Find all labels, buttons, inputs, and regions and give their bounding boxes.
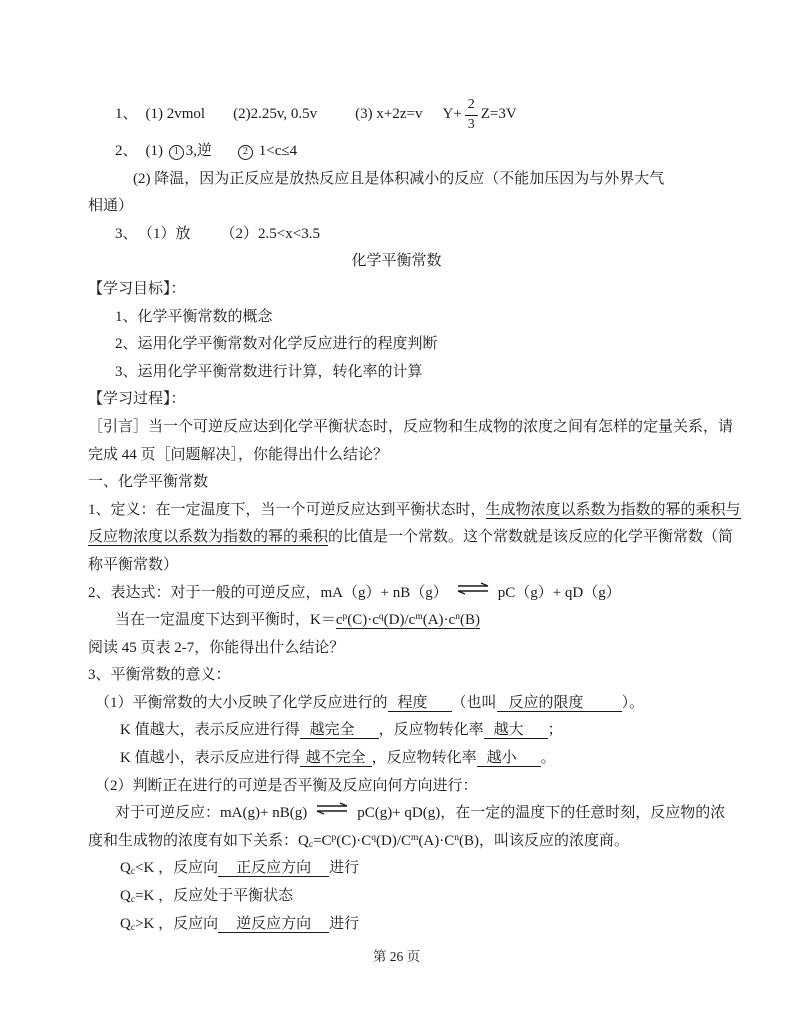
k-formula-line: 当在一定温度下达到平衡时，K＝cp(C)·cq(D)/cm(A)·cn(B) (88, 607, 705, 635)
q-formula-prefix: 度和生成物的浓度有如下关系：Q (88, 833, 309, 849)
qc-symbol: Q (120, 860, 131, 876)
k-large-prefix: K 值越大，表示反应进行得 (120, 722, 300, 738)
blank-answer-limit: 反应的限度 (497, 695, 622, 712)
section-1-heading: 一、化学平衡常数 (88, 469, 705, 497)
blank-answer-smaller: 越小 (477, 750, 541, 767)
k-small-suffix: 。 (541, 750, 556, 766)
definition-line-1: 1、定义：在一定温度下，当一个可逆反应达到平衡状态时，生成物浓度以系数为指数的幂… (88, 497, 705, 525)
qc-symbol: Q (120, 916, 131, 932)
page-number: 第 26 页 (88, 943, 705, 971)
k-large-line: K 值越大，表示反应进行得越完全，反应物转化率越大； (88, 717, 705, 745)
expression-right: pC（g）+ qD（g） (498, 585, 621, 601)
definition-underline-2: 反应物浓度以系数为指数的幂的乘积 (88, 529, 328, 546)
blank-answer-incomplete: 越不完全 (300, 750, 372, 767)
definition-line-2: 反应物浓度以系数为指数的幂的乘积的比值是一个常数。这个常数就是该反应的化学平衡常… (88, 524, 705, 552)
k-formula-label: 当在一定温度下达到平衡时，K＝ (115, 612, 336, 628)
definition-prefix: 1、定义：在一定温度下，当一个可逆反应达到平衡状态时， (88, 502, 486, 518)
k-small-mid: ，反应物转化率 (372, 750, 477, 766)
q-term: (A)·C (418, 833, 454, 849)
blank-answer-degree: 程度 (388, 695, 452, 712)
k-large-suffix: ； (548, 722, 563, 738)
meaning-line-1: （1）平衡常数的大小反映了化学反应进行的程度（也叫反应的限度）。 (88, 690, 705, 718)
objective-item-3: 3、运用化学平衡常数进行计算，转化率的计算 (88, 359, 705, 387)
equilibrium-arrow-icon (455, 582, 491, 595)
qc-greater-line: Qc>K ，反应向逆反应方向进行 (88, 911, 705, 939)
objective-item-1: 1、化学平衡常数的概念 (88, 304, 705, 332)
answer-2-number: 2、 (115, 143, 138, 159)
meaning-1-prefix: （1）平衡常数的大小反映了化学反应进行的 (95, 695, 388, 711)
expression-line: 2、表达式：对于一般的可逆反应，mA（g）+ nB（g）pC（g）+ qD（g） (88, 580, 705, 608)
objectives-heading: 【学习目标】： (88, 276, 705, 304)
blank-answer-larger: 越大 (484, 722, 548, 739)
judge-heading: （2）判断正在进行的可逆是否平衡及反应向何方向进行： (88, 773, 705, 801)
answer-2-part-2-value: 1<c≤4 (255, 143, 297, 159)
q-term: =C (313, 833, 331, 849)
page-title: 化学平衡常数 (88, 248, 705, 276)
k-term: c (336, 612, 343, 628)
section-3-heading: 3、平衡常数的意义： (88, 662, 705, 690)
k-small-prefix: K 值越小，表示反应进行得 (120, 750, 300, 766)
q-term: (C)·C (336, 833, 371, 849)
q-reaction-left: 对于可逆反应：mA(g)+ nB(g) (115, 805, 307, 821)
meaning-1-suffix: ）。 (622, 695, 645, 711)
fraction-two-thirds: 23 (465, 97, 478, 132)
qc-equal-text: =K ，反应处于平衡状态 (135, 888, 293, 904)
q-term: (B)，叫该反应的浓度商。 (459, 833, 629, 849)
answer-3-number: 3、 (115, 226, 138, 242)
answer-line-4: 相通） (88, 193, 705, 221)
qc-symbol: Q (120, 888, 131, 904)
k-term: (B) (460, 612, 480, 628)
process-heading: 【学习过程】： (88, 386, 705, 414)
definition-underline-1: 生成物浓度以系数为指数的幂的乘积与 (486, 502, 741, 519)
reading-prompt: 阅读 45 页表 2-7，你能得出什么结论？ (88, 635, 705, 663)
answer-3-part-1: （1）放 (146, 226, 191, 242)
blank-answer-reverse: 逆反应方向 (218, 916, 329, 933)
intro-line-2: 完成 44 页［问题解决］，你能得出什么结论？ (88, 442, 705, 470)
intro-line-1: ［引言］当一个可逆反应达到化学平衡状态时，反应物和生成物的浓度之间有怎样的定量关… (88, 414, 705, 442)
qc-greater-text: >K ，反应向 (135, 916, 218, 932)
definition-line-3: 称平衡常数） (88, 552, 705, 580)
answer-2-part-1-value: 3,逆 (186, 143, 212, 159)
answer-line-1: 1、(1) 2vmol(2)2.25v, 0.5v(3) x+2z=vY+23Z… (88, 92, 705, 138)
circled-1-icon: 1 (169, 145, 184, 160)
answer-line-5: 3、（1）放（2）2.5<x<3.5 (88, 221, 705, 249)
fraction-denominator: 3 (465, 116, 478, 133)
equation-suffix: Z=3V (481, 106, 517, 122)
answer-1-equation: Y+23Z=3V (442, 97, 516, 132)
k-formula: cp(C)·cq(D)/cm(A)·cn(B) (336, 612, 480, 629)
meaning-1-mid: （也叫 (452, 695, 497, 711)
circled-2-icon: 2 (238, 145, 253, 160)
k-exponent: m (415, 612, 422, 622)
equilibrium-arrow-icon (314, 802, 350, 815)
answer-1-part-1: (1) 2vmol (146, 101, 206, 129)
q-reaction-right: pC(g)+ qD(g)，在一定的温度下的任意时刻，反应物的浓 (357, 805, 725, 821)
blank-answer-complete: 越完全 (300, 722, 379, 739)
qc-equal-line: Qc=K ，反应处于平衡状态 (88, 883, 705, 911)
answer-1-part-2: (2)2.25v, 0.5v (233, 101, 317, 129)
definition-suffix: 的比值是一个常数。这个常数就是该反应的化学平衡常数（简 (328, 529, 733, 545)
k-large-mid: ，反应物转化率 (379, 722, 484, 738)
answer-line-3: (2) 降温，因为正反应是放热反应且是体积减小的反应（不能加压因为与外界大气 (88, 166, 705, 194)
fraction-numerator: 2 (465, 97, 478, 115)
worksheet-page: 1、(1) 2vmol(2)2.25v, 0.5v(3) x+2z=vY+23Z… (0, 0, 793, 1020)
objective-item-2: 2、运用化学平衡常数对化学反应进行的程度判断 (88, 331, 705, 359)
answer-3-part-2: （2）2.5<x<3.5 (221, 226, 320, 242)
k-small-line: K 值越小，表示反应进行得越不完全，反应物转化率越小。 (88, 745, 705, 773)
answer-line-2: 2、(1) 13,逆2 1<c≤4 (88, 138, 705, 166)
qc-greater-suffix: 进行 (329, 916, 359, 932)
k-term: (C)·c (347, 612, 379, 628)
answer-1-part-3: (3) x+2z=v (355, 101, 422, 129)
equation-prefix: Y+ (442, 106, 461, 122)
expression-left: 2、表达式：对于一般的可逆反应，mA（g）+ nB（g） (88, 585, 448, 601)
q-reaction-line: 对于可逆反应：mA(g)+ nB(g)pC(g)+ qD(g)，在一定的温度下的… (88, 800, 705, 828)
qc-less-line: Qc<K ，反应向正反应方向进行 (88, 855, 705, 883)
answer-2-part-1-label: (1) (146, 143, 167, 159)
k-term: (A)·c (423, 612, 455, 628)
q-term: (D)/C (376, 833, 411, 849)
answer-1-number: 1、 (115, 101, 138, 129)
q-formula-line: 度和生成物的浓度有如下关系：Qc=Cp(C)·Cq(D)/Cm(A)·Cn(B)… (88, 828, 705, 856)
k-term: (D)/c (384, 612, 416, 628)
qc-less-suffix: 进行 (329, 860, 359, 876)
blank-answer-forward: 正反应方向 (218, 860, 329, 877)
qc-less-text: <K ，反应向 (135, 860, 218, 876)
